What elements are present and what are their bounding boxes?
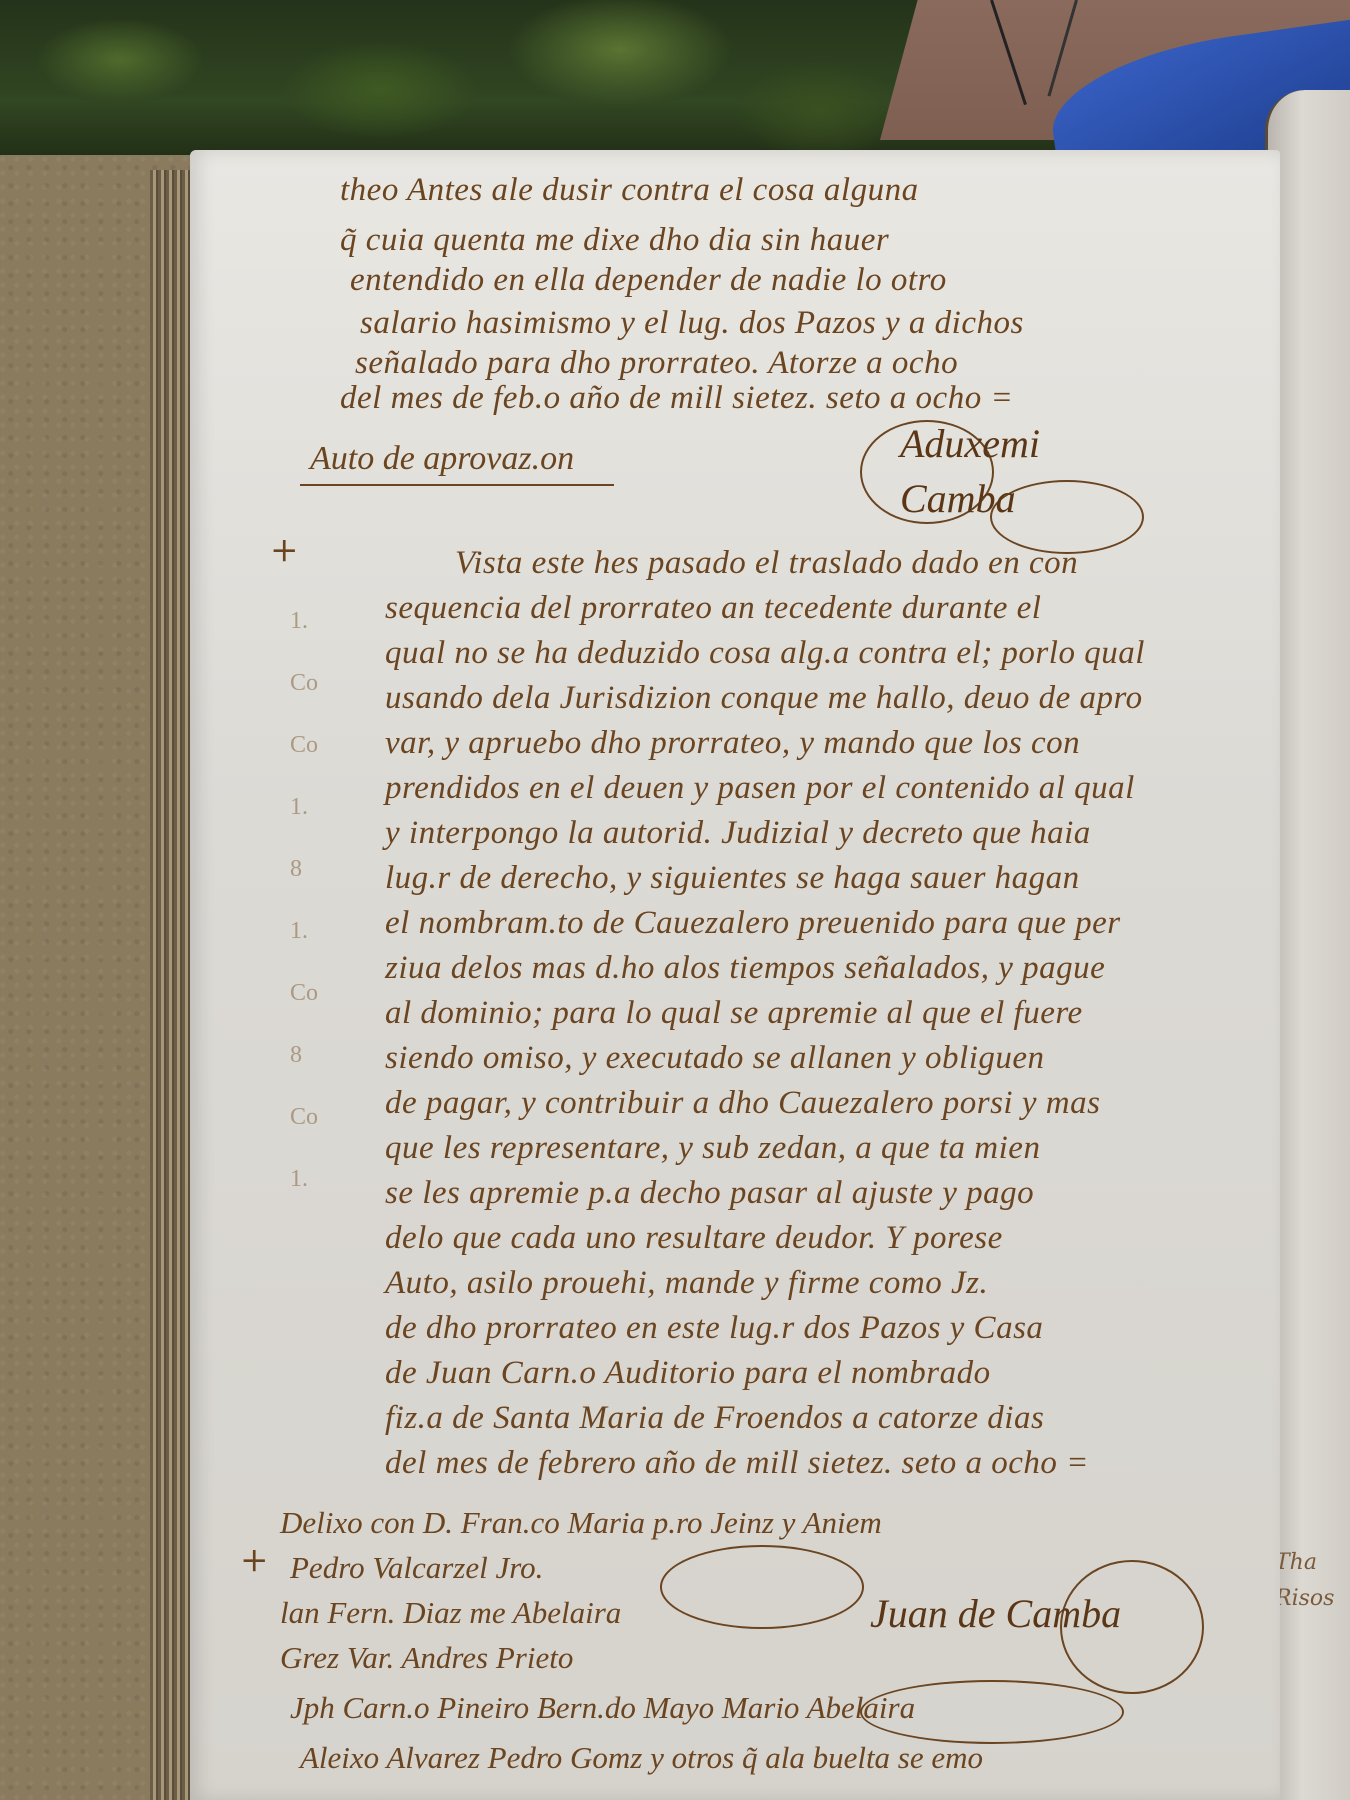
text-line: de dho prorrateo en este lug.r dos Pazos… (385, 1310, 1043, 1347)
text-line: fiz.a de Santa Maria de Froendos a cator… (385, 1400, 1044, 1437)
text-line: que les representare, y sub zedan, a que… (385, 1130, 1040, 1167)
margin-note-line: Risos (1275, 1581, 1334, 1617)
text-line: lug.r de derecho, y siguientes se haga s… (385, 860, 1080, 897)
text-line: Vista este hes pasado el traslado dado e… (455, 545, 1078, 582)
margin-mark: Co (290, 714, 318, 776)
witness-line: Pedro Valcarzel Jro. (290, 1550, 543, 1586)
margin-mark: 8 (290, 838, 318, 900)
text-line: delo que cada uno resultare deudor. Y po… (385, 1220, 1003, 1257)
text-line: sequencia del prorrateo an tecedente dur… (385, 590, 1041, 627)
text-line: Auto, asilo prouehi, mande y firme como … (385, 1265, 988, 1302)
text-line: de pagar, y contribuir a dho Cauezalero … (385, 1085, 1100, 1122)
text-line: siendo omiso, y executado se allanen y o… (385, 1040, 1045, 1077)
margin-mark: Co (290, 1086, 318, 1148)
text-line: al dominio; para lo qual se apremie al q… (385, 995, 1083, 1032)
text-line: del mes de febrero año de mill sietez. s… (385, 1445, 1089, 1482)
witness-line: Aleixo Alvarez Pedro Gomz y otros q̃ ala… (300, 1740, 983, 1776)
text-line: theo Antes ale dusir contra el cosa algu… (340, 172, 919, 209)
signature-flourish (860, 1680, 1124, 1744)
margin-mark: 1. (290, 776, 318, 838)
witness-line: lan Fern. Diaz me Abelaira (280, 1595, 621, 1631)
facing-page-margin-note: Tha Risos (1275, 1545, 1334, 1617)
text-line: qual no se ha deduzido cosa alg.a contra… (385, 635, 1145, 672)
text-line: prendidos en el deuen y pasen por el con… (385, 770, 1135, 807)
margin-cross-icon: + (240, 1540, 269, 1580)
margin-mark: Co (290, 962, 318, 1024)
margin-note-line: Tha (1275, 1545, 1334, 1581)
text-line: entendido en ella depender de nadie lo o… (350, 262, 947, 299)
text-line: ziua delos mas d.ho alos tiempos señalad… (385, 950, 1105, 987)
signature-line: Juan de Camba (870, 1590, 1121, 1637)
section-heading: Auto de aprovaz.on (300, 440, 614, 486)
text-line: señalado para dho prorrateo. Atorze a oc… (355, 345, 958, 382)
text-line: salario hasimismo y el lug. dos Pazos y … (360, 305, 1024, 342)
signature-line: Camba (900, 475, 1016, 522)
margin-mark: 8 (290, 1024, 318, 1086)
text-line: q̃ cuia quenta me dixe dho dia sin hauer (340, 222, 889, 259)
text-line: var, y apruebo dho prorrateo, y mando qu… (385, 725, 1080, 762)
left-margin-marks: 1. Co Co 1. 8 1. Co 8 Co 1. (290, 590, 318, 1210)
margin-mark: 1. (290, 900, 318, 962)
text-line: usando dela Jurisdizion conque me hallo,… (385, 680, 1143, 717)
text-line: del mes de feb.o año de mill sietez. set… (340, 380, 1013, 417)
signature-line: Aduxemi (900, 420, 1040, 467)
margin-mark: Co (290, 652, 318, 714)
witness-line: Grez Var. Andres Prieto (280, 1640, 573, 1676)
text-line: se les apremie p.a decho pasar al ajuste… (385, 1175, 1034, 1212)
signature-flourish (660, 1545, 864, 1629)
margin-mark: 1. (290, 590, 318, 652)
witness-line: Jph Carn.o Pineiro Bern.do Mayo Mario Ab… (290, 1690, 915, 1726)
witness-line: Delixo con D. Fran.co Maria p.ro Jeinz y… (280, 1505, 882, 1541)
margin-mark: 1. (290, 1148, 318, 1210)
text-line: y interpongo la autorid. Judizial y decr… (385, 815, 1091, 852)
text-line: el nombram.to de Cauezalero preuenido pa… (385, 905, 1121, 942)
text-line: de Juan Carn.o Auditorio para el nombrad… (385, 1355, 991, 1392)
margin-cross-icon: + (270, 530, 299, 570)
